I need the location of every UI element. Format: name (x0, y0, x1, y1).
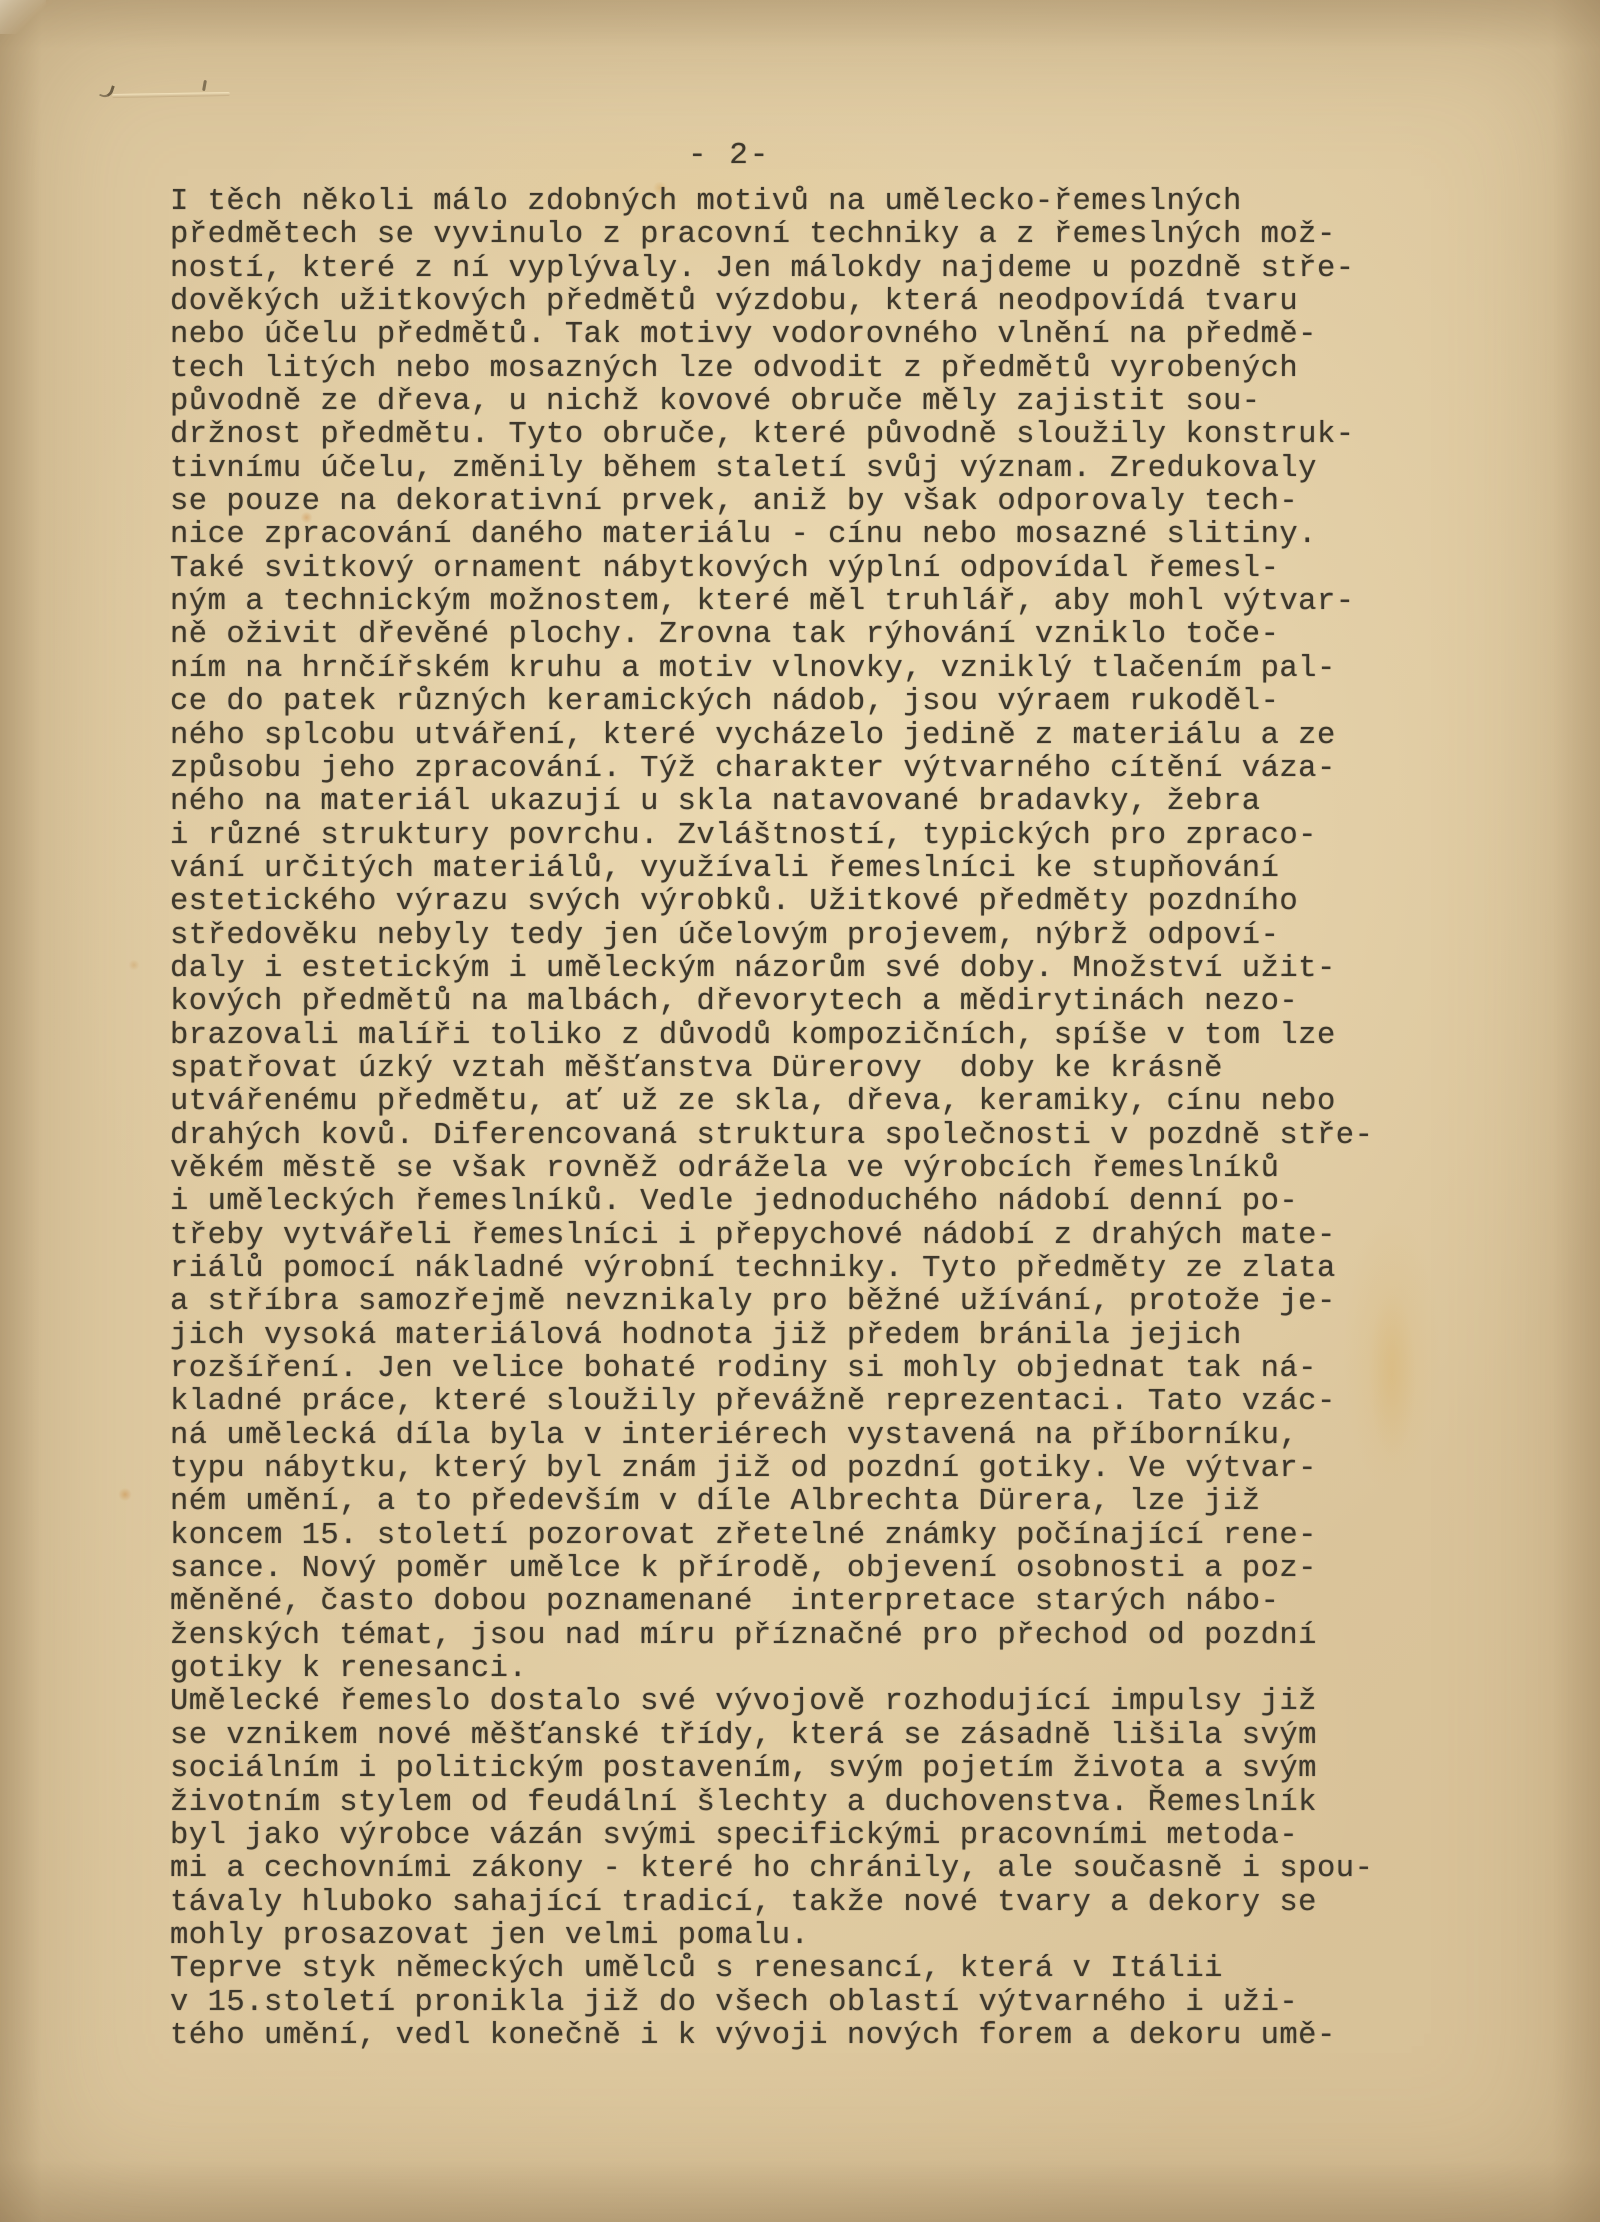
text-line: spatřovat úzký vztah měšťanstva Dürerovy… (170, 1053, 1430, 1086)
text-line: nebo účelu předmětů. Tak motivy vodorovn… (170, 319, 1430, 352)
text-line: ností, které z ní vyplývaly. Jen málokdy… (170, 253, 1430, 286)
text-line: byl jako výrobce vázán svými specifickým… (170, 1820, 1430, 1853)
text-line: kových předmětů na malbách, dřevorytech … (170, 986, 1430, 1019)
text-line: tech litých nebo mosazných lze odvodit z… (170, 353, 1430, 386)
text-line: drahých kovů. Diferencovaná struktura sp… (170, 1120, 1430, 1153)
text-line: mi a cechovními zákony - které ho chráni… (170, 1853, 1430, 1886)
text-line: i různé struktury povrchu. Zvláštností, … (170, 820, 1430, 853)
text-line: ném umění, a to především v díle Albrech… (170, 1486, 1430, 1519)
text-line: původně ze dřeva, u nichž kovové obruče … (170, 386, 1430, 419)
text-line: nice zpracování daného materiálu - cínu … (170, 519, 1430, 552)
paper-corner-chip (0, 0, 46, 34)
text-line: daly i estetickým i uměleckým názorům sv… (170, 953, 1430, 986)
text-line: koncem 15. století pozorovat zřetelné zn… (170, 1520, 1430, 1553)
text-line: gotiky k renesanci. (170, 1653, 1430, 1686)
text-line: ného na materiál ukazují u skla natavova… (170, 786, 1430, 819)
text-line: távaly hluboko sahající tradicí, takže n… (170, 1887, 1430, 1920)
text-line: držnost předmětu. Tyto obruče, které pův… (170, 419, 1430, 452)
text-line: předmětech se vyvinulo z pracovní techni… (170, 219, 1430, 252)
document-page: - 2- I těch několi málo zdobných motivů … (0, 0, 1600, 2222)
text-line: mohly prosazovat jen velmi pomalu. (170, 1920, 1430, 1953)
text-line: a stříbra samozřejmě nevznikaly pro běžn… (170, 1286, 1430, 1319)
text-line: kladné práce, které sloužily převážně re… (170, 1386, 1430, 1419)
text-line: typu nábytku, který byl znám již od pozd… (170, 1453, 1430, 1486)
text-line: riálů pomocí nákladné výrobní techniky. … (170, 1253, 1430, 1286)
text-line: ným a technickým možnostem, které měl tr… (170, 586, 1430, 619)
text-line: estetického výrazu svých výrobků. Užitko… (170, 886, 1430, 919)
text-line: jich vysoká materiálová hodnota již před… (170, 1320, 1430, 1353)
text-line: způsobu jeho zpracování. Týž charakter v… (170, 753, 1430, 786)
ink-smudge (99, 82, 115, 99)
text-line: se vznikem nové měšťanské třídy, která s… (170, 1720, 1430, 1753)
text-line: Také svitkový ornament nábytkových výpln… (170, 553, 1430, 586)
text-line: vání určitých materiálů, využívali řemes… (170, 853, 1430, 886)
text-line: středověku nebyly tedy jen účelovým proj… (170, 920, 1430, 953)
text-line: sociálním i politickým postavením, svým … (170, 1753, 1430, 1786)
ink-tick-mark (202, 80, 207, 91)
text-line: utvářenému předmětu, ať už ze skla, dřev… (170, 1086, 1430, 1119)
text-line: věkém městě se však rovněž odrážela ve v… (170, 1153, 1430, 1186)
text-line: tivnímu účelu, změnily během staletí svů… (170, 453, 1430, 486)
body-text: I těch několi málo zdobných motivů na um… (170, 186, 1430, 2053)
paper-stain (128, 960, 140, 970)
text-line: ženských témat, jsou nad míru příznačné … (170, 1620, 1430, 1653)
text-line: se pouze na dekorativní prvek, aniž by v… (170, 486, 1430, 519)
text-line: Umělecké řemeslo dostalo své vývojově ro… (170, 1686, 1430, 1719)
text-line: sance. Nový poměr umělce k přírodě, obje… (170, 1553, 1430, 1586)
text-line: ně oživit dřevěné plochy. Zrovna tak rýh… (170, 619, 1430, 652)
text-line: tého umění, vedl konečně i k vývoji nový… (170, 2020, 1430, 2053)
text-line: ného splcobu utváření, které vycházelo j… (170, 720, 1430, 753)
text-line: ce do patek různých keramických nádob, j… (170, 686, 1430, 719)
text-line: měněné, často dobou poznamenané interpre… (170, 1586, 1430, 1619)
text-line: v 15.století pronikla již do všech oblas… (170, 1987, 1430, 2020)
text-line: rozšíření. Jen velice bohaté rodiny si m… (170, 1353, 1430, 1386)
text-line: třeby vytvářeli řemeslníci i přepychové … (170, 1220, 1430, 1253)
text-line: životním stylem od feudální šlechty a du… (170, 1787, 1430, 1820)
text-line: brazovali malíři toliko z důvodů kompozi… (170, 1020, 1430, 1053)
paper-stain (118, 1488, 132, 1501)
text-line: ním na hrnčířském kruhu a motiv vlnovky,… (170, 653, 1430, 686)
text-line: ná umělecká díla byla v interiérech vyst… (170, 1420, 1430, 1453)
text-line: dověkých užitkových předmětů výzdobu, kt… (170, 286, 1430, 319)
text-line: Teprve styk německých umělců s renesancí… (170, 1953, 1430, 1986)
text-line: i uměleckých řemeslníků. Vedle jednoduch… (170, 1186, 1430, 1219)
paper-crease (112, 92, 230, 98)
text-line: I těch několi málo zdobných motivů na um… (170, 186, 1430, 219)
page-number: - 2- (688, 138, 828, 173)
